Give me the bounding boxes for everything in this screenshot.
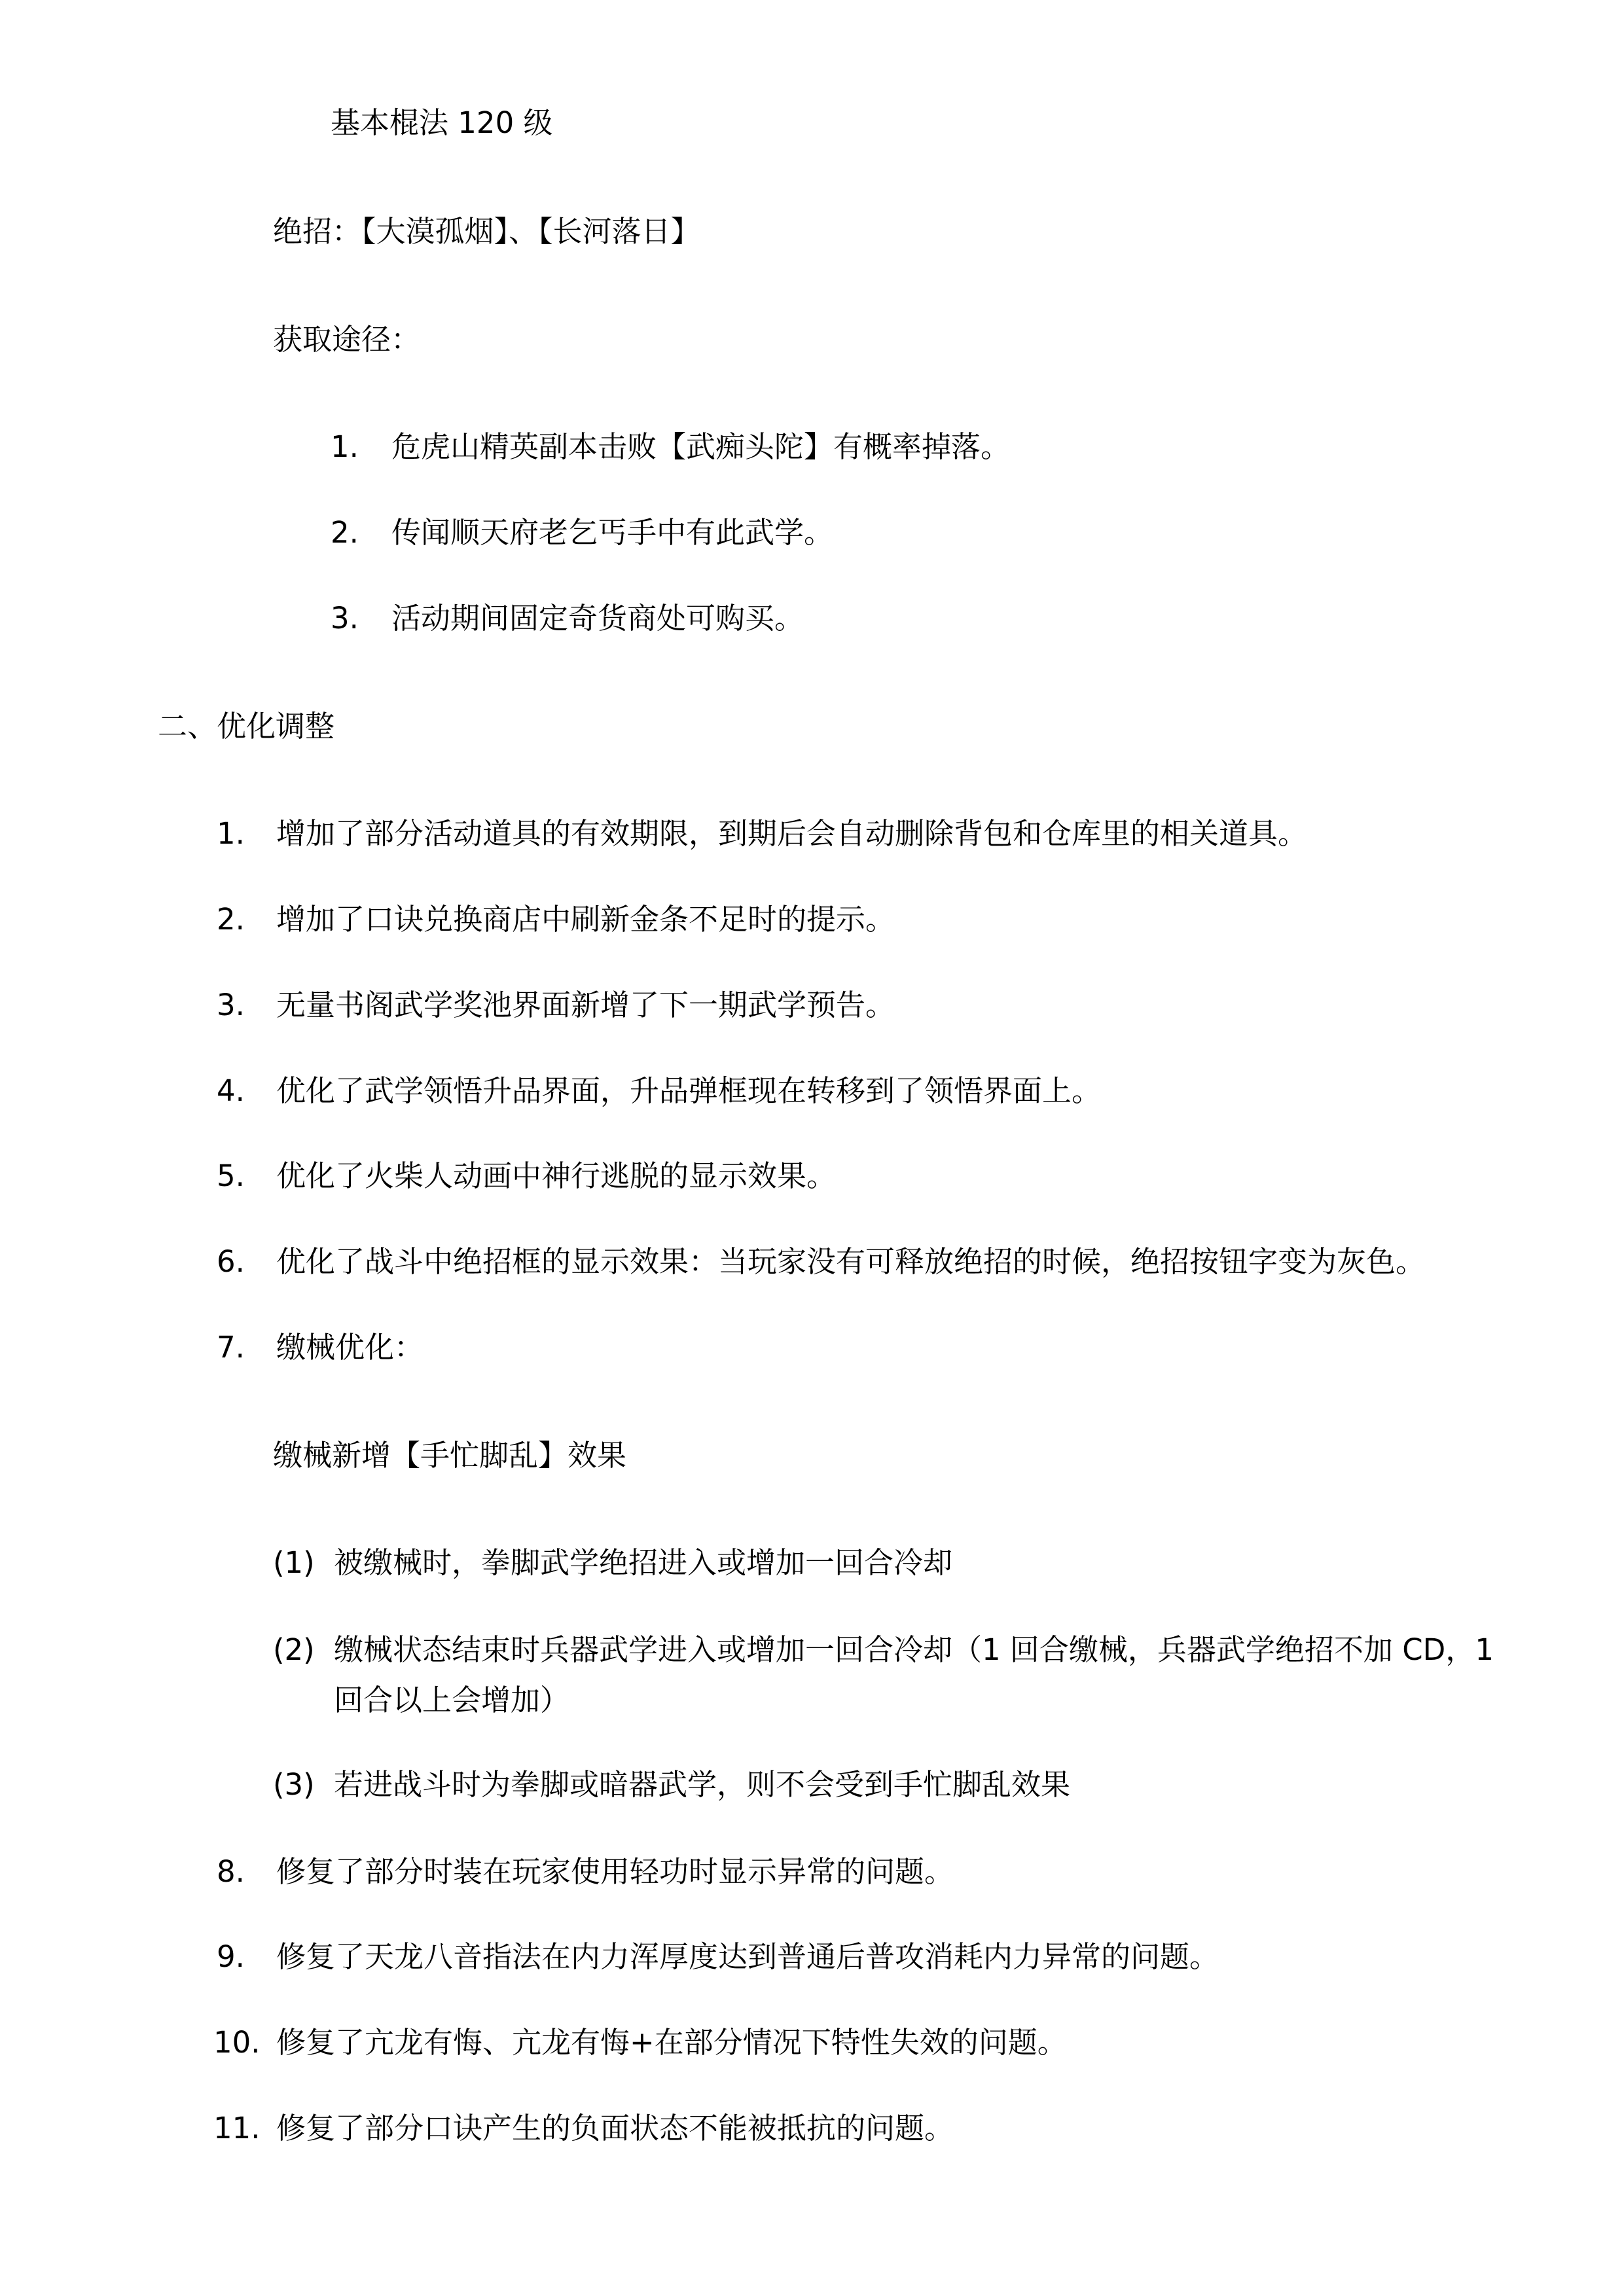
- list-item: 传闻顺天府老乞丐手中有此武学。: [391, 514, 833, 551]
- list-item: 优化了火柴人动画中神行逃脱的显示效果。: [276, 1158, 836, 1194]
- list-item: 优化了武学领悟升品界面，升品弹框现在转移到了领悟界面上。: [276, 1073, 1101, 1109]
- list-item-number: 2.: [217, 901, 245, 938]
- list-item-number: 2.: [331, 514, 359, 551]
- sublist-item-number: (2): [273, 1632, 315, 1668]
- list-item: 增加了口诀兑换商店中刷新金条不足时的提示。: [276, 901, 895, 938]
- list-item: 优化了战斗中绝招框的显示效果：当玩家没有可释放绝招的时候，绝招按钮字变为灰色。: [276, 1244, 1425, 1280]
- list-item-number: 6.: [217, 1244, 245, 1280]
- list-item: 修复了天龙八音指法在内力浑厚度达到普通后普攻消耗内力异常的问题。: [276, 1939, 1219, 1975]
- sublist-item: 若进战斗时为拳脚或暗器武学，则不会受到手忙脚乱效果: [334, 1767, 1070, 1803]
- list-item-number: 11.: [213, 2110, 261, 2147]
- list-item-number: 3.: [331, 600, 359, 637]
- list-item-number: 1.: [331, 429, 359, 465]
- list-item: 增加了部分活动道具的有效期限，到期后会自动删除背包和仓库里的相关道具。: [276, 816, 1307, 852]
- list-item: 缴械优化：: [276, 1329, 424, 1366]
- list-item: 修复了部分时装在玩家使用轻功时显示异常的问题。: [276, 1854, 954, 1890]
- list-item: 无量书阁武学奖池界面新增了下一期武学预告。: [276, 987, 895, 1024]
- sublist-item-number: (1): [273, 1545, 315, 1581]
- list-item-number: 1.: [217, 816, 245, 852]
- acquire-label: 获取途径：: [273, 321, 420, 358]
- list-item: 活动期间固定奇货商处可购买。: [391, 600, 804, 637]
- list-item-number: 10.: [213, 2024, 261, 2061]
- disarm-intro: 缴械新增【手忙脚乱】效果: [273, 1437, 626, 1474]
- skill-requirement: 基本棍法 120 级: [331, 105, 553, 141]
- list-item-number: 9.: [217, 1939, 245, 1975]
- sublist-item: 被缴械时，拳脚武学绝招进入或增加一回合冷却: [334, 1545, 952, 1581]
- list-item: 修复了部分口诀产生的负面状态不能被抵抗的问题。: [276, 2110, 954, 2147]
- section-heading: 二、优化调整: [158, 708, 334, 745]
- list-item: 危虎山精英副本击败【武痴头陀】有概率掉落。: [391, 429, 1010, 465]
- sublist-item-continuation: 回合以上会增加）: [334, 1682, 569, 1719]
- list-item-number: 4.: [217, 1073, 245, 1109]
- list-item-number: 7.: [217, 1329, 245, 1366]
- list-item-number: 5.: [217, 1158, 245, 1194]
- list-item: 修复了亢龙有悔、亢龙有悔+在部分情况下特性失效的问题。: [276, 2024, 1067, 2061]
- sublist-item: 缴械状态结束时兵器武学进入或增加一回合冷却（1 回合缴械，兵器武学绝招不加 CD…: [334, 1632, 1494, 1668]
- skill-ultimate: 绝招：【大漠孤烟】、【长河落日】: [273, 213, 700, 250]
- list-item-number: 8.: [217, 1854, 245, 1890]
- sublist-item-number: (3): [273, 1767, 315, 1803]
- list-item-number: 3.: [217, 987, 245, 1024]
